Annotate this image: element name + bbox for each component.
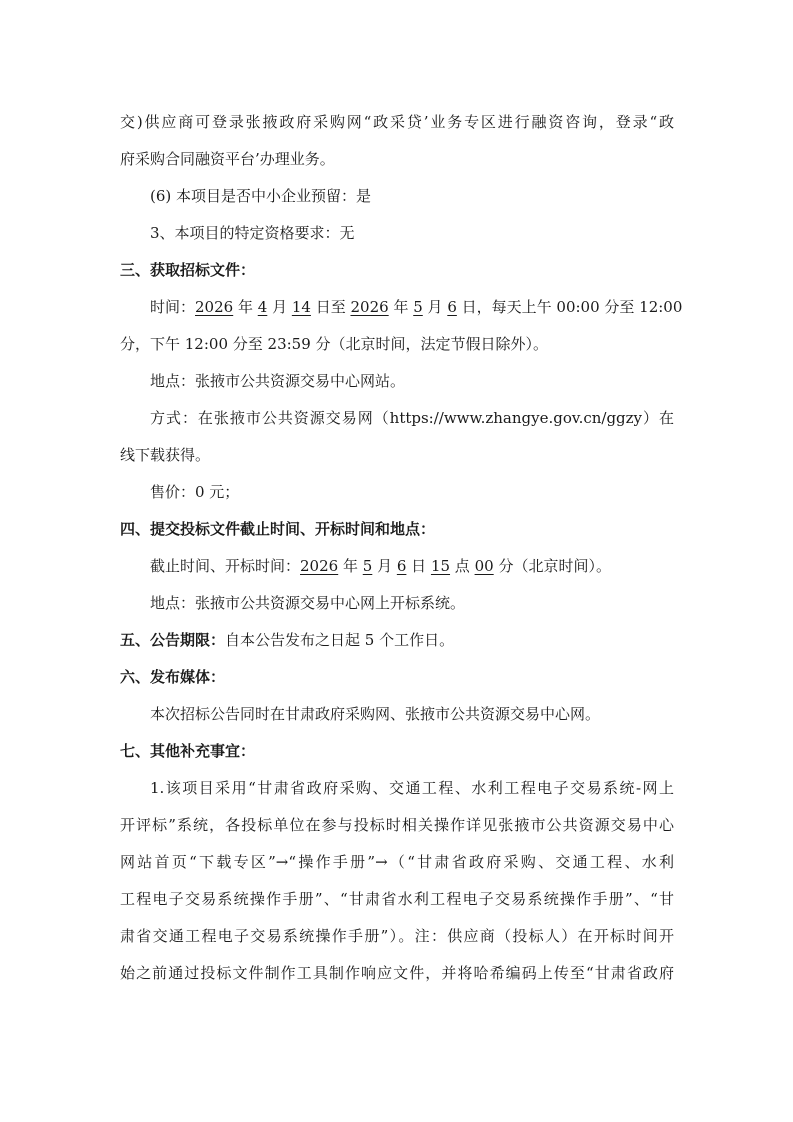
deadline-label: 截止时间、开标时间： xyxy=(150,557,300,575)
document-page: 交)供应商可登录张掖政府采购网“政采贷’业务专区进行融资咨询，登录“政 府采购合… xyxy=(120,104,674,992)
supplement-line: 1.该项目采用“甘肃省政府采购、交通工程、水利工程电子交易系统-网上 xyxy=(120,770,674,807)
text: 日，每天上午 00:00 分至 12:00 xyxy=(457,298,683,316)
section-heading-7: 七、其他补充事宜： xyxy=(120,733,674,770)
opening-location: 地点：张掖市公共资源交易中心网上开标系统。 xyxy=(120,585,674,622)
deadline-hour: 15 xyxy=(431,557,450,575)
section-heading-4: 四、提交投标文件截止时间、开标时间和地点： xyxy=(120,511,674,548)
text: 月 xyxy=(423,298,448,316)
method-line-2: 线下载获得。 xyxy=(120,437,674,474)
media-line: 本次招标公告同时在甘肃政府采购网、张掖市公共资源交易中心网。 xyxy=(120,696,674,733)
text: 月 xyxy=(267,298,292,316)
supplement-line: 始之前通过投标文件制作工具制作响应文件，并将哈希编码上传至“甘肃省政府 xyxy=(120,955,674,992)
supplement-line: 工程电子交易系统操作手册”、“甘肃省水利工程电子交易系统操作手册”、“甘 xyxy=(120,881,674,918)
paragraph-line: 交)供应商可登录张掖政府采购网“政采贷’业务专区进行融资咨询，登录“政 xyxy=(120,104,674,141)
supplement-line: 网站首页“下载专区”→“操作手册”→（“甘肃省政府采购、交通工程、水利 xyxy=(120,844,674,881)
deadline-minute: 00 xyxy=(475,557,494,575)
supplement-line: 开评标”系统，各投标单位在参与投标时相关操作详见张掖市公共资源交易中心 xyxy=(120,807,674,844)
item-6: (6) 本项目是否中小企业预留：是 xyxy=(120,178,674,215)
deadline-month: 5 xyxy=(363,557,373,575)
section-heading-6: 六、发布媒体： xyxy=(120,659,674,696)
text: 日至 xyxy=(311,298,351,316)
deadline-line: 截止时间、开标时间：2026 年 5 月 6 日 15 点 00 分（北京时间）… xyxy=(120,548,674,585)
start-month: 4 xyxy=(258,298,268,316)
text: 日 xyxy=(406,557,431,575)
notice-period: 自本公告发布之日起 5 个工作日。 xyxy=(225,631,454,649)
paragraph-line: 府采购合同融资平台’办理业务。 xyxy=(120,141,674,178)
text: 年 xyxy=(338,557,363,575)
supplement-line: 肃省交通工程电子交易系统操作手册”）。注：供应商（投标人）在开标时间开 xyxy=(120,918,674,955)
time-line-2: 分，下午 12:00 分至 23:59 分（北京时间，法定节假日除外）。 xyxy=(120,326,674,363)
end-month: 5 xyxy=(413,298,423,316)
time-label: 时间： xyxy=(150,298,195,316)
price-line: 售价：0 元； xyxy=(120,474,674,511)
start-year: 2026 xyxy=(195,298,233,316)
text: 月 xyxy=(372,557,397,575)
start-day: 14 xyxy=(292,298,311,316)
section-heading-3: 三、获取招标文件： xyxy=(120,252,674,289)
item-3: 3、本项目的特定资格要求：无 xyxy=(120,215,674,252)
deadline-year: 2026 xyxy=(300,557,338,575)
end-day: 6 xyxy=(447,298,457,316)
time-line: 时间：2026 年 4 月 14 日至 2026 年 5 月 6 日，每天上午 … xyxy=(120,289,674,326)
deadline-day: 6 xyxy=(397,557,407,575)
end-year: 2026 xyxy=(350,298,388,316)
location-line: 地点：张掖市公共资源交易中心网站。 xyxy=(120,363,674,400)
section-5: 五、公告期限：自本公告发布之日起 5 个工作日。 xyxy=(120,622,674,659)
text: 分（北京时间）。 xyxy=(494,557,611,575)
text: 年 xyxy=(389,298,414,316)
text: 年 xyxy=(233,298,258,316)
text: 点 xyxy=(450,557,475,575)
section-heading-5: 五、公告期限： xyxy=(120,631,225,649)
method-line: 方式：在张掖市公共资源交易网（https://www.zhangye.gov.c… xyxy=(120,400,674,437)
